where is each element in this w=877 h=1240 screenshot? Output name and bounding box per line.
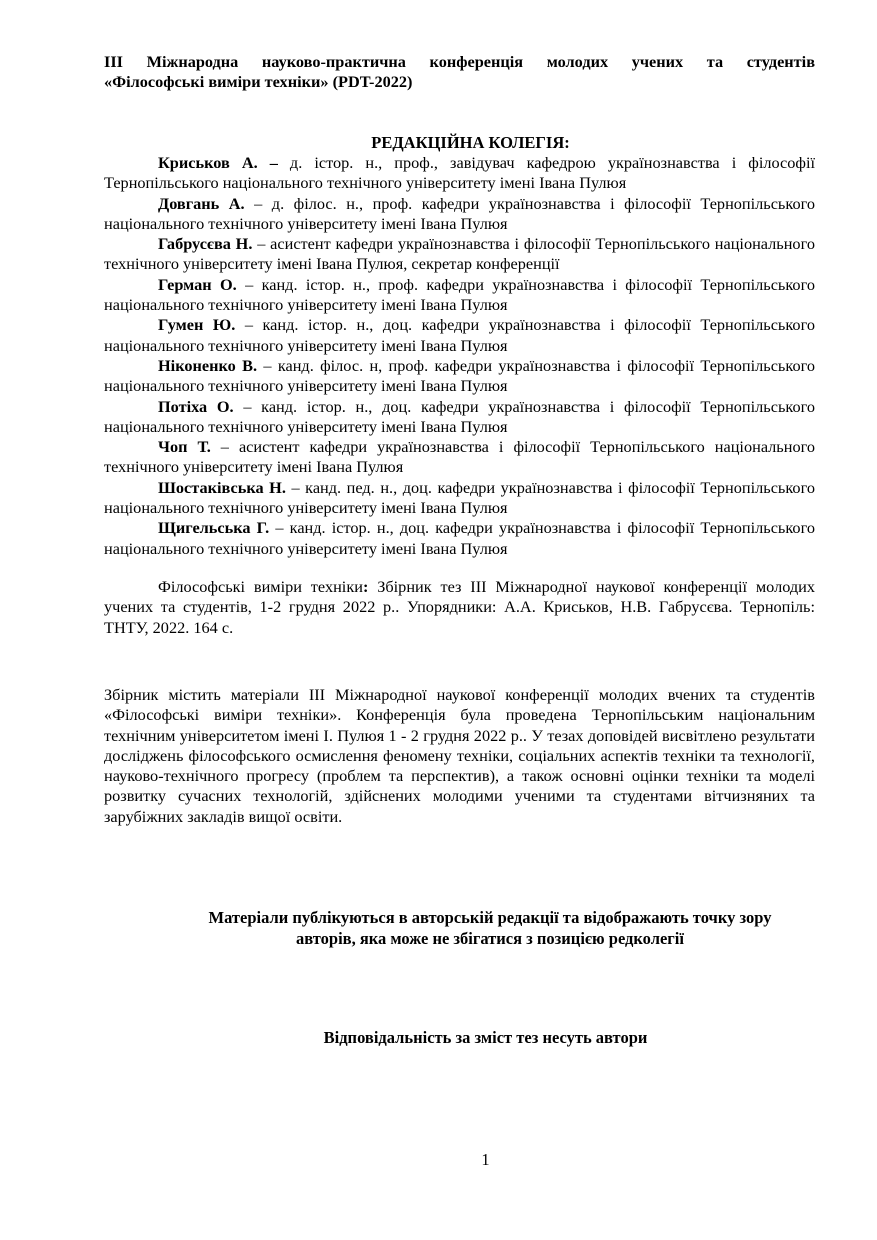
board-member: Довгань А. – д. філос. н., проф. кафедри… bbox=[104, 194, 815, 235]
editorial-notice: Матеріали публікуються в авторській реда… bbox=[170, 907, 810, 949]
notice-line1: Матеріали публікуються в авторській реда… bbox=[170, 907, 810, 928]
citation-paragraph: Філософські виміри техніки: Збірник тез … bbox=[104, 577, 815, 638]
page-number: 1 bbox=[0, 1150, 877, 1170]
board-member: Гумен Ю. – канд. істор. н., доц. кафедри… bbox=[104, 315, 815, 356]
board-member: Ніконенко В. – канд. філос. н, проф. каф… bbox=[104, 356, 815, 397]
citation-title: Філософські виміри техніки bbox=[158, 577, 363, 596]
member-name: Герман О. bbox=[158, 275, 237, 294]
editorial-board-list: Криськов А. – д. істор. н., проф., завід… bbox=[104, 153, 815, 559]
member-name: Чоп Т. bbox=[158, 437, 211, 456]
conference-title-line2: «Філософські виміри техніки» (PDT-2022) bbox=[104, 72, 412, 91]
member-name: Потіха О. bbox=[158, 397, 234, 416]
abstract-paragraph: Збірник містить матеріали III Міжнародно… bbox=[104, 685, 815, 827]
member-name: Довгань А. bbox=[158, 194, 245, 213]
editorial-board-heading: РЕДАКЦІЙНА КОЛЕГІЯ: bbox=[0, 133, 877, 153]
notice-line2: авторів, яка може не збігатися з позиціє… bbox=[170, 928, 810, 949]
member-name: Щигельська Г. bbox=[158, 518, 269, 537]
responsibility-note: Відповідальність за зміст тез несуть авт… bbox=[0, 1028, 877, 1048]
board-member: Шостаківська Н. – канд. пед. н., доц. ка… bbox=[104, 478, 815, 519]
board-member: Криськов А. – д. істор. н., проф., завід… bbox=[104, 153, 815, 194]
board-member: Герман О. – канд. істор. н., проф. кафед… bbox=[104, 275, 815, 316]
board-member: Габрусєва Н. – асистент кафедри україноз… bbox=[104, 234, 815, 275]
member-name: Криськов А. – bbox=[158, 153, 278, 172]
bibliographic-citation: Філософські виміри техніки: Збірник тез … bbox=[104, 577, 815, 638]
member-name: Габрусєва Н. bbox=[158, 234, 252, 253]
board-member: Щигельська Г. – канд. істор. н., доц. ка… bbox=[104, 518, 815, 559]
document-page: III Міжнародна науково-практична конфере… bbox=[0, 0, 877, 1240]
member-description: – асистент кафедри українознавства і філ… bbox=[104, 437, 815, 476]
member-name: Шостаківська Н. bbox=[158, 478, 286, 497]
member-name: Гумен Ю. bbox=[158, 315, 235, 334]
conference-title-line1: III Міжнародна науково-практична конфере… bbox=[104, 52, 815, 72]
member-name: Ніконенко В. bbox=[158, 356, 257, 375]
board-member: Потіха О. – канд. істор. н., доц. кафедр… bbox=[104, 397, 815, 438]
abstract: Збірник містить матеріали III Міжнародно… bbox=[104, 685, 815, 827]
conference-title: III Міжнародна науково-практична конфере… bbox=[104, 52, 815, 93]
board-member: Чоп Т. – асистент кафедри українознавств… bbox=[104, 437, 815, 478]
